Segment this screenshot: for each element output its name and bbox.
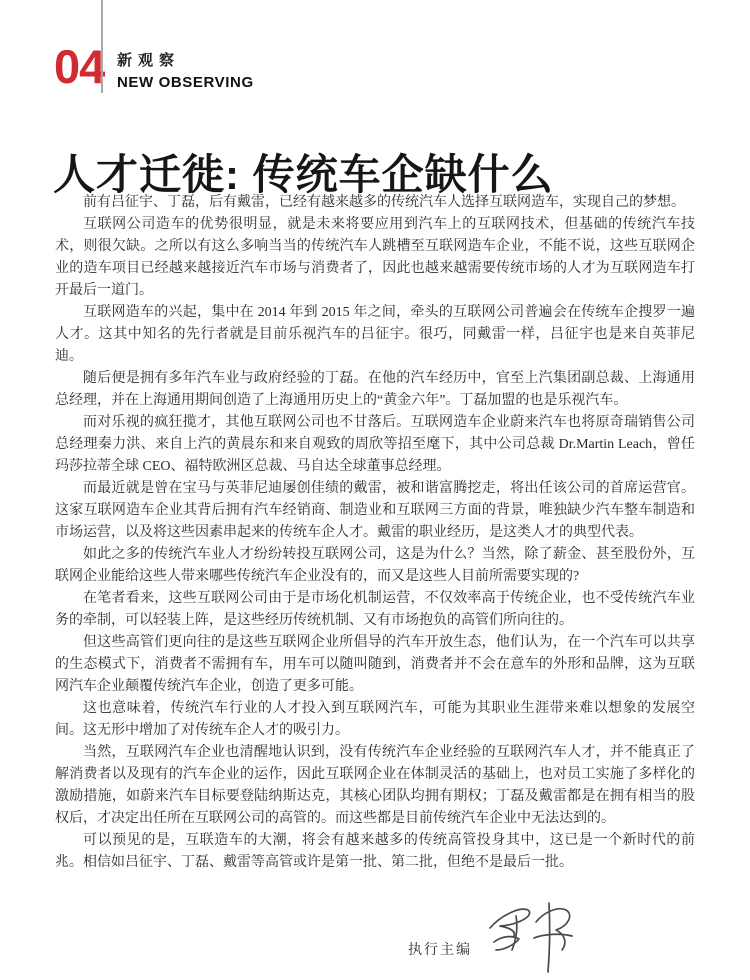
article-paragraph: 如此之多的传统汽车业人才纷纷转投互联网公司，这是为什么？当然，除了薪金、甚至股份…	[55, 544, 695, 588]
editor-role-label: 执行主编	[408, 939, 472, 959]
article-paragraph: 前有吕征宇、丁磊，后有戴雷，已经有越来越多的传统汽车人选择互联网造车，实现自己的…	[55, 192, 695, 214]
article-paragraph: 但这些高管们更向往的是这些互联网企业所倡导的汽车开放生态，他们认为，在一个汽车可…	[55, 632, 695, 698]
editor-signature-icon	[486, 898, 590, 976]
page-number: 04	[54, 44, 104, 90]
page-footer: 执行主编	[408, 898, 590, 976]
article-paragraph: 在笔者看来，这些互联网公司由于是市场化机制运营，不仅效率高于传统企业，也不受传统…	[55, 588, 695, 632]
article-paragraph: 而最近就是曾在宝马与英菲尼迪屡创佳绩的戴雷，被和谐富腾挖走，将出任该公司的首席运…	[55, 478, 695, 544]
article-body: 前有吕征宇、丁磊，后有戴雷，已经有越来越多的传统汽车人选择互联网造车，实现自己的…	[55, 192, 695, 874]
section-title-cn: 新观察	[117, 49, 254, 70]
article-paragraph: 互联网造车的兴起，集中在 2014 年到 2015 年之间，牵头的互联网公司普遍…	[55, 302, 695, 368]
article-paragraph: 可以预见的是，互联造车的大潮，将会有越来越多的传统高管投身其中，这已是一个新时代…	[55, 830, 695, 874]
magazine-page: 04 新观察 NEW OBSERVING 人才迁徙: 传统车企缺什么 前有吕征宇…	[0, 0, 750, 980]
header-divider	[101, 0, 103, 93]
article-paragraph: 这也意味着，传统汽车行业的人才投入到互联网汽车，可能为其职业生涯带来难以想象的发…	[55, 698, 695, 742]
article-paragraph: 当然，互联网汽车企业也清醒地认识到，没有传统汽车企业经验的互联网汽车人才，并不能…	[55, 742, 695, 830]
page-header: 04 新观察 NEW OBSERVING	[0, 0, 750, 100]
section-title-block: 新观察 NEW OBSERVING	[117, 49, 254, 91]
article-paragraph: 互联网公司造车的优势很明显，就是未来将要应用到汽车上的互联网技术，但基础的传统汽…	[55, 214, 695, 302]
section-title-en: NEW OBSERVING	[117, 74, 254, 91]
article-paragraph: 而对乐视的疯狂揽才，其他互联网公司也不甘落后。互联网造车企业蔚来汽车也将原奇瑞销…	[55, 412, 695, 478]
article-paragraph: 随后便是拥有多年汽车业与政府经验的丁磊。在他的汽车经历中，官至上汽集团副总裁、上…	[55, 368, 695, 412]
